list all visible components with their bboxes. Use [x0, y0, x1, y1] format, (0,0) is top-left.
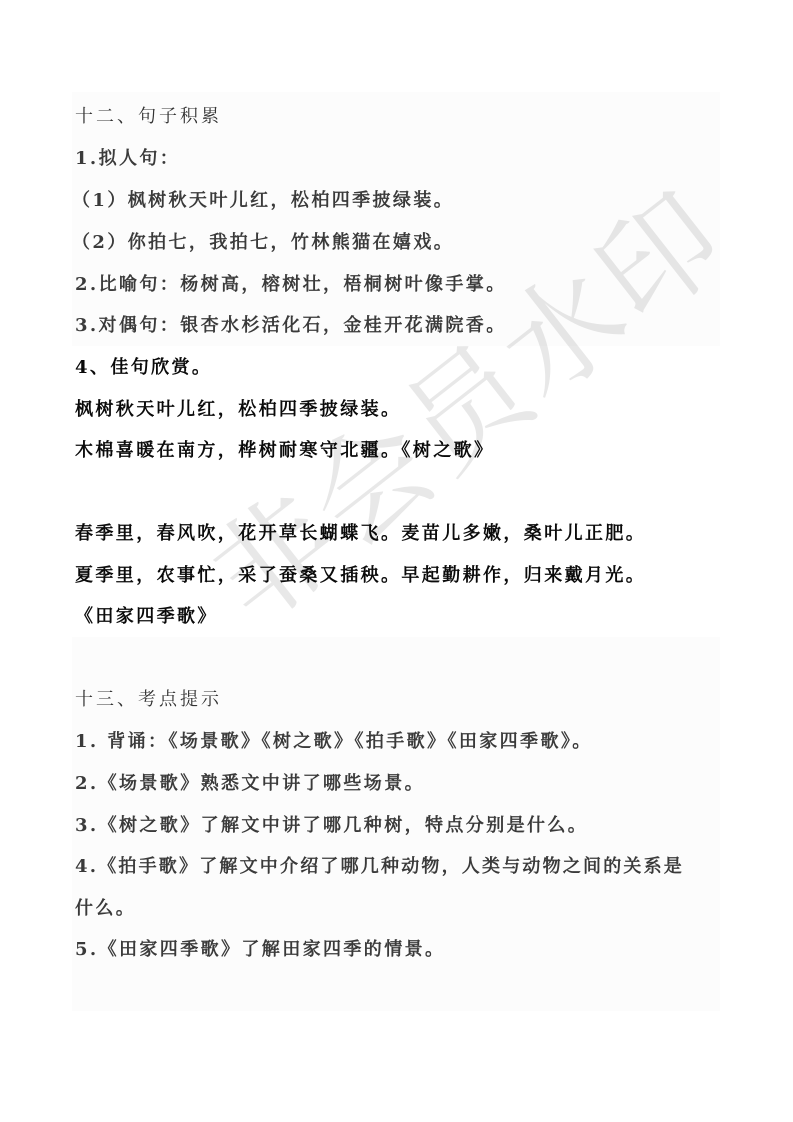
section-13-title: 十三、考点提示	[75, 688, 222, 712]
personification-label: 1.拟人句：	[75, 147, 180, 171]
exam-tip-item: 1. 背诵：《场景歌》《树之歌》《拍手歌》《田家四季歌》。	[75, 730, 593, 754]
appreciation-source: 《田家四季歌》	[75, 605, 218, 629]
personification-example-1: （1）枫树秋天叶儿红，松柏四季披绿装。	[72, 189, 454, 213]
metaphor-sentence: 2.比喻句：杨树高，榕树壮，梧桐树叶像手掌。	[75, 273, 507, 297]
appreciation-line: 木棉喜暖在南方，桦树耐寒守北疆。《树之歌》	[75, 439, 494, 463]
section-12-title: 十二、句子积累	[75, 105, 222, 129]
exam-tip-item-continued: 什么。	[75, 897, 136, 921]
appreciation-title: 4、佳句欣赏。	[75, 356, 212, 380]
personification-example-2: （2）你拍七，我拍七，竹林熊猫在嬉戏。	[72, 231, 454, 255]
appreciation-line: 枫树秋天叶儿红，松柏四季披绿装。	[75, 398, 401, 422]
appreciation-line: 夏季里，农事忙，采了蚕桑又插秧。早起勤耕作，归来戴月光。	[75, 564, 646, 588]
exam-tip-item: 4.《拍手歌》了解文中介绍了哪几种动物，人类与动物之间的关系是	[75, 855, 684, 879]
section-12-background	[72, 92, 720, 346]
antithesis-sentence: 3.对偶句：银杏水杉活化石，金桂开花满院香。	[75, 314, 507, 338]
exam-tip-item: 2.《场景歌》熟悉文中讲了哪些场景。	[75, 772, 425, 796]
appreciation-line: 春季里，春风吹，花开草长蝴蝶飞。麦苗儿多嫩，桑叶儿正肥。	[75, 522, 646, 546]
exam-tip-item: 5.《田家四季歌》了解田家四季的情景。	[75, 938, 445, 962]
exam-tip-item: 3.《树之歌》了解文中讲了哪几种树，特点分别是什么。	[75, 814, 588, 838]
